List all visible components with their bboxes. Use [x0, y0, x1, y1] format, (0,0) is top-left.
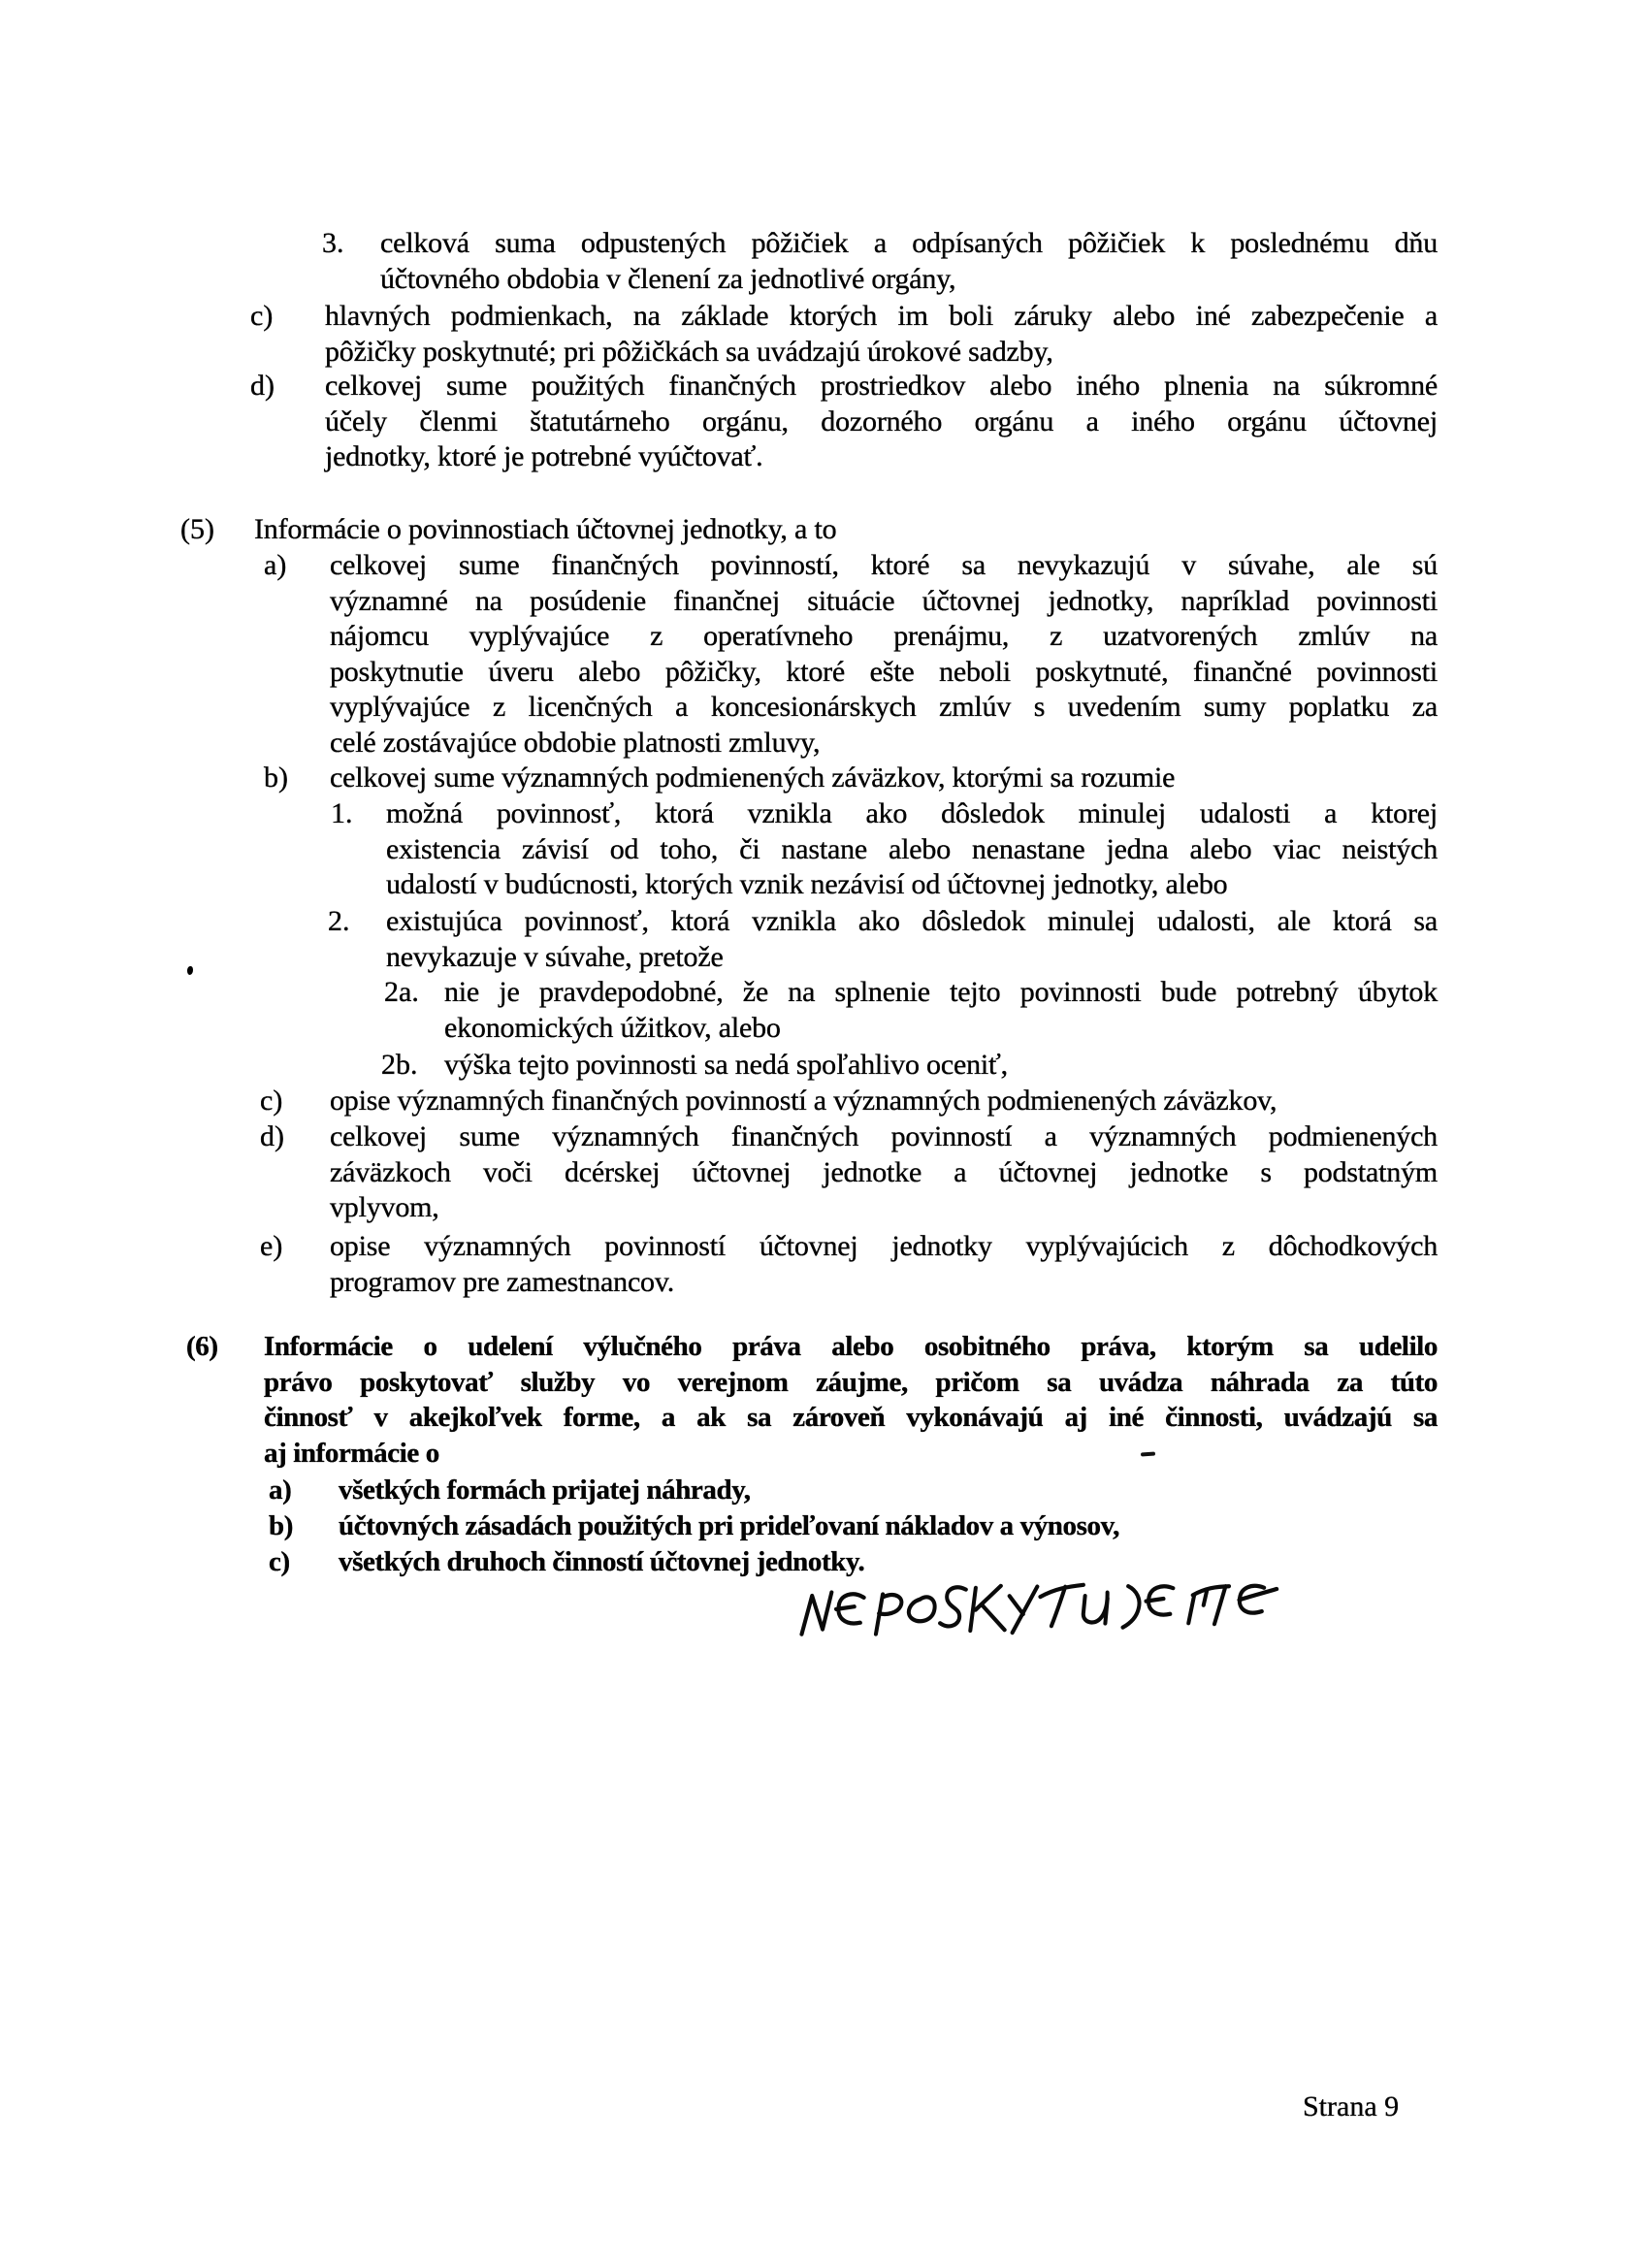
- s5-a-line-3: nájomcu vyplývajúce z operatívneho prená…: [330, 619, 1438, 655]
- s5-b-2b-line-1: výška tejto povinnosti sa nedá spoľahliv…: [444, 1048, 1438, 1084]
- s5-a-marker: a): [264, 548, 286, 584]
- s5-b-2a-marker: 2a.: [384, 975, 419, 1011]
- s5-b-1-line-2: existencia závisí od toho, či nastane al…: [386, 832, 1438, 868]
- cont-item-c-marker: c): [250, 299, 273, 335]
- s5-b-2a-line-2: ekonomických úžitkov, alebo: [444, 1011, 1438, 1047]
- handwritten-letter-K: [969, 1586, 1004, 1631]
- s6-a-line-1: všetkých formách prijatej náhrady,: [339, 1473, 1438, 1508]
- s5-d-marker: d): [260, 1119, 284, 1155]
- handwritten-letter-U: [1083, 1593, 1108, 1624]
- handwritten-letter-E: [836, 1594, 864, 1624]
- handwritten-letter-O: [909, 1597, 935, 1621]
- s5-b-2a-line-1: nie je pravdepodobné, že na splnenie tej…: [444, 975, 1438, 1011]
- s5-b-1-marker: 1.: [331, 796, 353, 832]
- page-number: Strana 9: [1303, 2090, 1399, 2124]
- handwritten-letter-E3: [1239, 1585, 1277, 1612]
- cont-item-3-line-2: účtovného obdobia v členení za jednotliv…: [380, 262, 1438, 298]
- s5-a-line-2: významné na posúdenie finančnej situácie…: [330, 584, 1438, 620]
- handwritten-letter-S: [939, 1587, 966, 1626]
- ink-blot-artifact: [187, 966, 193, 975]
- section-5-line-1: Informácie o povinnostiach účtovnej jedn…: [254, 512, 1438, 548]
- handwritten-letter-T: [1040, 1585, 1084, 1627]
- s5-d-line-1: celkovej sume významných finančných povi…: [330, 1119, 1438, 1155]
- s5-a-line-6: celé zostávajúce obdobie platnosti zmluv…: [330, 726, 1438, 761]
- handwritten-letter-P: [875, 1594, 902, 1634]
- s5-b-2b-marker: 2b.: [381, 1048, 418, 1084]
- s6-b-line-1: účtovných zásadách použitých pri prideľo…: [339, 1508, 1438, 1544]
- s5-b-line-1: celkovej sume významných podmienených zá…: [330, 761, 1438, 796]
- s5-c-line-1: opise významných finančných povinností a…: [330, 1084, 1438, 1119]
- s5-e-line-2: programov pre zamestnancov.: [330, 1265, 1438, 1301]
- s5-b-2-marker: 2.: [328, 904, 350, 940]
- handwritten-letter-N: [801, 1593, 833, 1635]
- s5-b-1-line-1: možná povinnosť, ktorá vznikla ako dôsle…: [386, 796, 1438, 832]
- s5-b-2-line-1: existujúca povinnosť, ktorá vznikla ako …: [386, 904, 1438, 940]
- s5-b-marker: b): [264, 761, 288, 796]
- document-page: 3.celková suma odpustených pôžičiek a od…: [0, 0, 1649, 2268]
- s5-a-line-4: poskytnutie úveru alebo pôžičky, ktoré e…: [330, 655, 1438, 691]
- s5-e-marker: e): [260, 1229, 282, 1265]
- section-6-line-4: aj informácie o: [264, 1436, 1438, 1472]
- s5-e-line-1: opise významných povinností účtovnej jed…: [330, 1229, 1438, 1265]
- cont-item-d-line-2: účely členmi štatutárneho orgánu, dozorn…: [325, 405, 1438, 440]
- section-6-line-3: činnosť v akejkoľvek forme, a ak sa záro…: [264, 1400, 1438, 1436]
- cont-item-3-line-1: celková suma odpustených pôžičiek a odpí…: [380, 226, 1438, 262]
- s5-d-line-2: záväzkoch voči dcérskej účtovnej jednotk…: [330, 1155, 1438, 1191]
- cont-item-3-marker: 3.: [322, 226, 344, 262]
- cont-item-d-marker: d): [250, 369, 275, 405]
- s5-b-1-line-3: udalostí v budúcnosti, ktorých vznik nez…: [386, 867, 1438, 903]
- s5-a-line-5: vyplývajúce z licenčných a koncesionársk…: [330, 690, 1438, 726]
- s6-b-marker: b): [269, 1508, 293, 1544]
- s5-a-line-1: celkovej sume finančných povinností, kto…: [330, 548, 1438, 584]
- cont-item-c-line-1: hlavných podmienkach, na základe ktorých…: [325, 299, 1438, 335]
- section-6-marker: (6): [186, 1329, 218, 1365]
- handwritten-letter-Y: [1009, 1587, 1038, 1634]
- s5-d-line-3: vplyvom,: [330, 1190, 1438, 1226]
- cont-item-c-line-2: pôžičky poskytnuté; pri pôžičkách sa uvá…: [325, 335, 1438, 371]
- section-5-marker: (5): [180, 512, 214, 548]
- handwritten-note: [791, 1574, 1281, 1655]
- handwritten-letter-E2: [1146, 1586, 1174, 1615]
- s6-a-marker: a): [269, 1473, 291, 1508]
- cont-item-d-line-1: celkovej sume použitých finančných prost…: [325, 369, 1438, 405]
- handwritten-letter-M: [1187, 1586, 1229, 1625]
- handwritten-letter-J: [1122, 1586, 1140, 1628]
- s6-c-marker: c): [269, 1544, 290, 1580]
- section-6-line-1: Informácie o udelení výlučného práva ale…: [264, 1329, 1438, 1365]
- s5-c-marker: c): [260, 1084, 282, 1119]
- section-6-line-2: právo poskytovať služby vo verejnom záuj…: [264, 1365, 1438, 1401]
- cont-item-d-line-3: jednotky, ktoré je potrebné vyúčtovať.: [325, 439, 1438, 475]
- s5-b-2-line-2: nevykazuje v súvahe, pretože: [386, 940, 1438, 976]
